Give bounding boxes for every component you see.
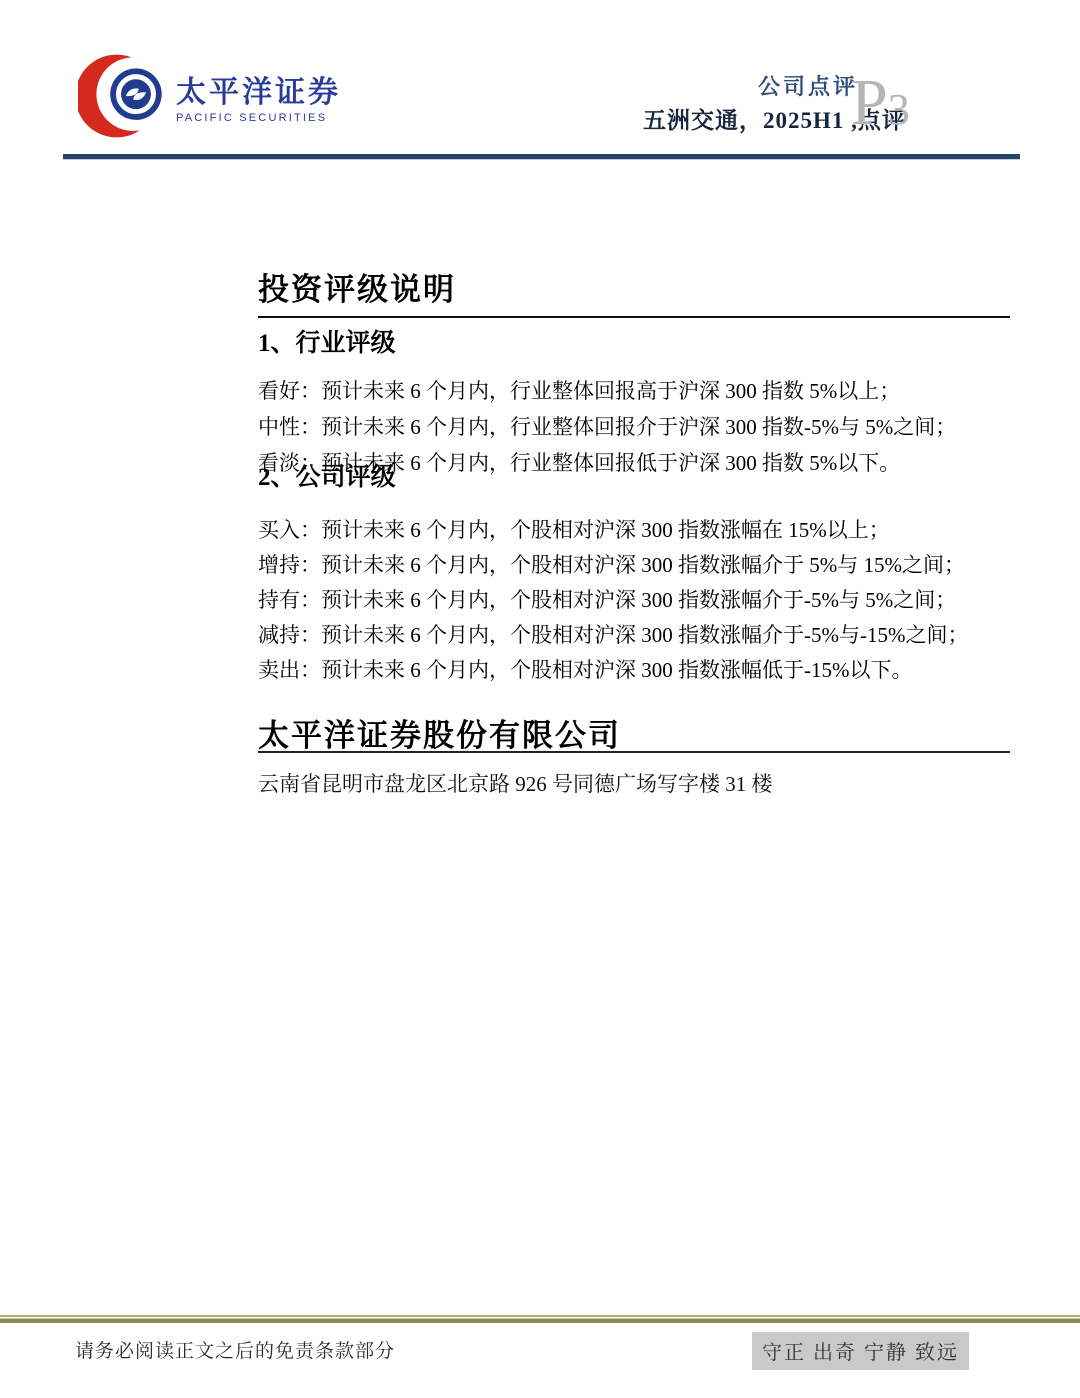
company-rating-heading: 2、公司评级 xyxy=(258,457,396,493)
company-rating-line: 增持：预计未来 6 个月内，个股相对沪深 300 指数涨幅介于 5%与 15%之… xyxy=(258,552,965,579)
footer-motto: 守正 出奇 宁静 致远 xyxy=(752,1332,969,1370)
page-number: P3 xyxy=(851,70,910,136)
industry-rating-heading: 1、行业评级 xyxy=(258,323,396,359)
industry-rating-line: 看好：预计未来 6 个月内，行业整体回报高于沪深 300 指数 5%以上； xyxy=(258,378,900,405)
company-name-heading: 太平洋证券股份有限公司 xyxy=(258,710,621,755)
company-rating-line: 减持：预计未来 6 个月内，个股相对沪深 300 指数涨幅介于-5%与-15%之… xyxy=(258,622,968,649)
company-rating-line: 持有：预计未来 6 个月内，个股相对沪深 300 指数涨幅介于-5%与 5%之间… xyxy=(258,587,956,614)
pacific-securities-logo: 太平洋证券 PACIFIC SECURITIES xyxy=(78,48,341,144)
page-number-letter: P xyxy=(851,70,888,136)
company-rating-line: 买入：预计未来 6 个月内，个股相对沪深 300 指数涨幅在 15%以上； xyxy=(258,517,890,544)
rating-title-underline xyxy=(258,316,1010,318)
company-address: 云南省昆明市盘龙区北京路 926 号同德广场写字楼 31 楼 xyxy=(258,768,773,798)
rating-section-title: 投资评级说明 xyxy=(258,264,456,309)
company-rating-line: 卖出：预计未来 6 个月内，个股相对沪深 300 指数涨幅低于-15%以下。 xyxy=(258,657,912,684)
footer-divider-rule xyxy=(0,1315,1080,1323)
pacific-securities-logo-icon xyxy=(78,48,170,144)
industry-rating-line: 中性：预计未来 6 个月内，行业整体回报介于沪深 300 指数-5%与 5%之间… xyxy=(258,414,956,441)
footer-disclaimer: 请务必阅读正文之后的免责条款部分 xyxy=(75,1336,395,1363)
report-page: 太平洋证券 PACIFIC SECURITIES 公司点评 五洲交通，2025H… xyxy=(0,0,1080,1398)
company-name-underline xyxy=(258,751,1010,753)
logo-cn-label: 太平洋证券 xyxy=(176,78,341,108)
header-divider-rule xyxy=(63,154,1020,160)
logo-text: 太平洋证券 PACIFIC SECURITIES xyxy=(176,78,341,124)
page-number-digit: 3 xyxy=(888,88,910,132)
logo-en-label: PACIFIC SECURITIES xyxy=(176,112,341,124)
report-category-label: 公司点评 xyxy=(758,70,858,101)
